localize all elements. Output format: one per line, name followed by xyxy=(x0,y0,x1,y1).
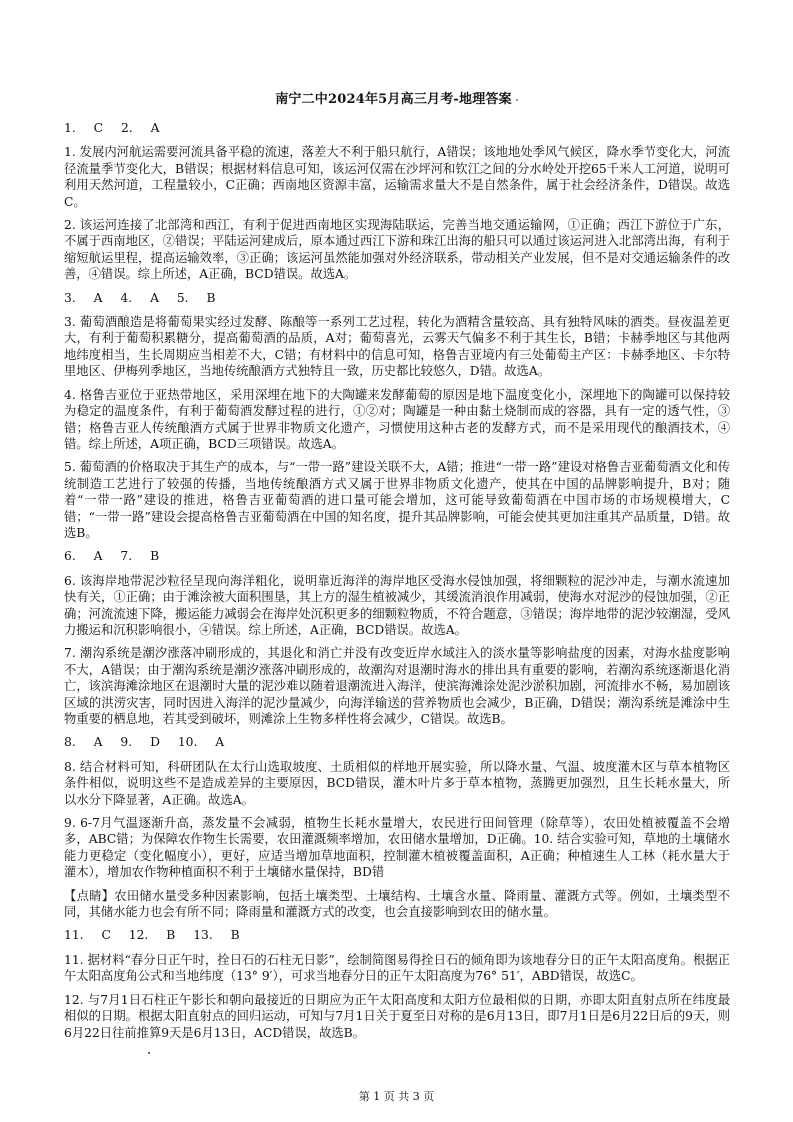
explanation-paragraph: 12. 与7月1日石柱正午影长和朝向最接近的日期应为正午太阳高度和太阳方位最相似… xyxy=(64,992,730,1041)
document-title: 南宁二中2024年5月高三月考-地理答案 xyxy=(0,88,793,107)
title-text: 南宁二中2024年5月高三月考-地理答案 xyxy=(275,92,512,107)
stray-dot xyxy=(516,99,518,101)
stray-mark xyxy=(148,1052,150,1054)
explanation-paragraph: 6. 该海岸地带泥沙粒径呈现向海洋粗化，说明靠近海洋的海岸地区受海水侵蚀加强，将… xyxy=(64,573,730,639)
answer-key-line: 3. A 4. A 5. B xyxy=(64,290,730,306)
answer-key-line: 11. C 12. B 13. B xyxy=(64,927,730,943)
explanation-paragraph: 2. 该运河连接了北部湾和西江，有利于促进西南地区实现海陆联运，完善当地交通运输… xyxy=(64,217,730,283)
answer-key-line: 8. A 9. D 10. A xyxy=(64,734,730,750)
page-number: 第 1 页 共 3 页 xyxy=(0,1088,793,1104)
explanation-paragraph: 11. 据材料“春分日正午时，拴日石的石柱无日影”，绘制简图易得拴日石的倾角即为… xyxy=(64,952,730,985)
explanation-paragraph: 1. 发展内河航运需要河流具备平稳的流速，落差大不利于船只航行，A错误；该地地处… xyxy=(64,144,730,210)
explanation-paragraph: 7. 潮沟系统是潮汐涨落冲刷形成的，其退化和消亡并没有改变近岸水域注入的淡水量等… xyxy=(64,645,730,727)
answer-key-line: 1. C 2. A xyxy=(64,120,730,136)
explanation-paragraph: 9. 6-7月气温逐渐升高，蒸发量不会减弱，植物生长耗水量增大，农民进行田间管理… xyxy=(64,815,730,881)
explanation-paragraph: 4. 格鲁吉亚位于亚热带地区，采用深埋在地下的大陶罐来发酵葡萄的原因是地下温度变… xyxy=(64,387,730,453)
tip-paragraph: 【点睛】农田储水量受多种因素影响，包括土壤类型、土壤结构、土壤含水量、降雨量、灌… xyxy=(64,888,730,921)
document-page: 南宁二中2024年5月高三月考-地理答案 1. C 2. A 1. 发展内河航运… xyxy=(0,0,793,1122)
answer-key-line: 6. A 7. B xyxy=(64,548,730,564)
explanation-paragraph: 5. 葡萄酒的价格取决于其生产的成本，与“一带一路”建设关联不大，A错；推进“一… xyxy=(64,459,730,541)
explanation-paragraph: 3. 葡萄酒酿造是将葡萄果实经过发酵、陈酿等一系列工艺过程，转化为酒精含量较高、… xyxy=(64,314,730,380)
explanation-paragraph: 8. 结合材料可知，科研团队在太行山选取坡度、土质相似的样地开展实验，所以降水量… xyxy=(64,759,730,808)
answer-content: 1. C 2. A 1. 发展内河航运需要河流具备平稳的流速，落差大不利于船只航… xyxy=(64,120,730,1048)
